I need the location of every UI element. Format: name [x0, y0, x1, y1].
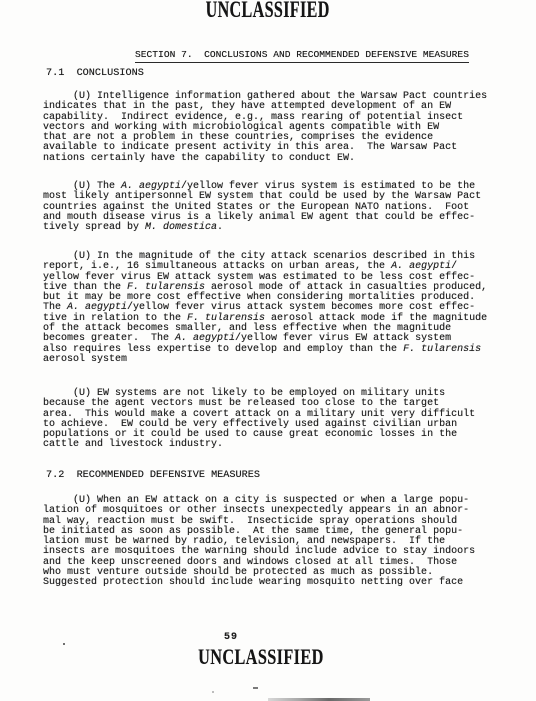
text-line: cattle and livestock industry. — [43, 440, 529, 450]
paragraph-conclusions-4: (U) EW systems are not likely to be empl… — [43, 389, 529, 451]
classification-text-bottom: UNCLASSIFIED — [198, 644, 324, 670]
text-line: nations certainly have the capability to… — [43, 154, 529, 164]
document-page: UNCLASSIFIED SECTION 7. CONCLUSIONS AND … — [0, 0, 536, 701]
classification-text-top: UNCLASSIFIED — [206, 0, 330, 23]
paragraph-conclusions-1: (U) Intelligence information gathered ab… — [43, 92, 529, 164]
subsection-heading-7-1: 7.1 CONCLUSIONS — [46, 68, 144, 79]
text-line: aerosol system — [43, 355, 529, 365]
subsection-heading-7-2: 7.2 RECOMMENDED DEFENSIVE MEASURES — [46, 470, 260, 481]
page-number: 59 — [224, 632, 238, 643]
text-line: Suggested protection should include wear… — [43, 578, 529, 588]
section-heading: SECTION 7. CONCLUSIONS AND RECOMMENDED D… — [112, 38, 469, 74]
paragraph-defensive-measures-1: (U) When an EW attack on a city is suspe… — [43, 496, 529, 589]
scan-artifact-dash — [253, 687, 258, 689]
scan-artifact-dot — [63, 643, 65, 645]
classification-banner-bottom: UNCLASSIFIED — [0, 644, 522, 670]
paragraph-conclusions-2: (U) The A. aegypti/yellow fever virus sy… — [43, 182, 529, 233]
section-heading-text: SECTION 7. CONCLUSIONS AND RECOMMENDED D… — [135, 49, 469, 63]
scan-artifact-speck — [212, 691, 214, 693]
text-line: tively spread by M. domestica. — [43, 223, 529, 233]
paragraph-conclusions-3: (U) In the magnitude of the city attack … — [43, 252, 529, 365]
classification-banner-top: UNCLASSIFIED — [0, 0, 536, 23]
